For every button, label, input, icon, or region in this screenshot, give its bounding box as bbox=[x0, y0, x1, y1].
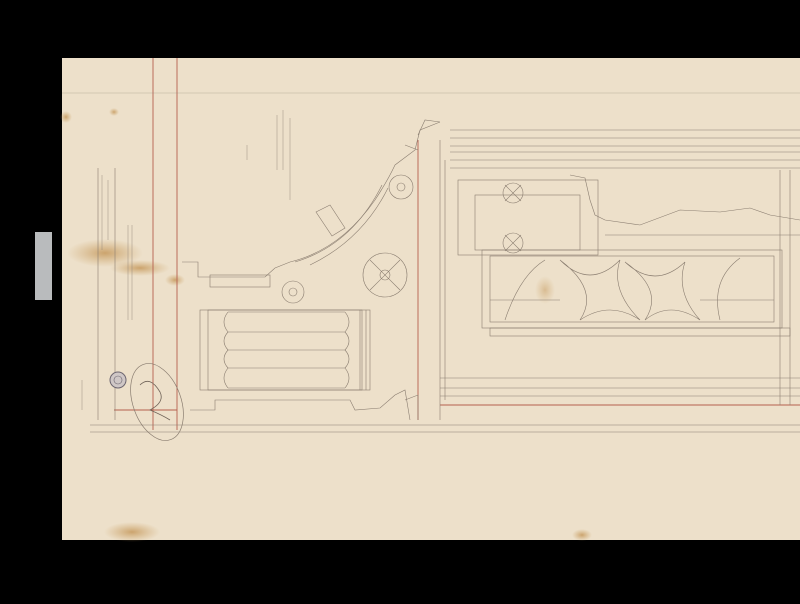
scan-background bbox=[0, 0, 800, 604]
red-ink-lines bbox=[114, 58, 800, 430]
pencil-lines bbox=[62, 93, 800, 432]
water-stains bbox=[60, 108, 592, 542]
ink-stamp bbox=[110, 372, 126, 388]
signature bbox=[121, 356, 193, 448]
drawing bbox=[0, 0, 800, 604]
